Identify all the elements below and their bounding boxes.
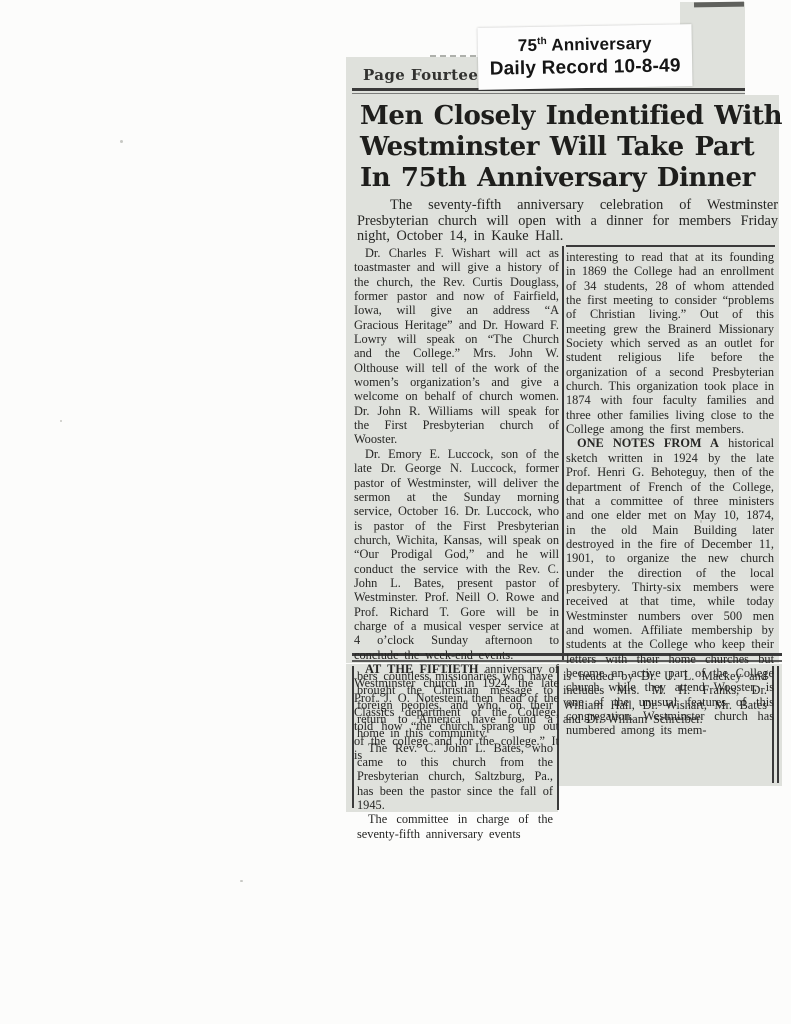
right-column-paragraph: interesting to read that at its founding… <box>566 250 774 436</box>
left-column-paragraph: Dr. Emory E. Luccock, son of the late Dr… <box>354 447 559 662</box>
paragraph-text: interesting to read that at its founding… <box>566 250 774 436</box>
paragraph-text: Dr. Emory E. Luccock, son of the late Dr… <box>354 447 559 662</box>
archive-label-sticker: 75th Anniversary Daily Record 10-8-49 <box>477 24 692 90</box>
scan-speck <box>240 880 243 882</box>
paragraph-text: bers countless missionaries who have bro… <box>357 669 553 740</box>
paragraph-lead: ONE NOTES FROM A <box>577 436 719 450</box>
sticker-anniversary-line: 75th Anniversary <box>484 33 686 57</box>
bottom-right-edge-rule-inner <box>777 666 779 783</box>
sticker-anniversary-rest: Anniversary <box>547 34 652 55</box>
paragraph-text: Dr. Charles F. Wishart will act as toast… <box>354 246 559 446</box>
sticker-anniversary-number: 75 <box>518 36 538 55</box>
scanned-newspaper-page: 75th Anniversary Daily Record 10-8-49 Pa… <box>0 0 791 1024</box>
article-right-column: interesting to read that at its founding… <box>566 250 774 738</box>
bottom-left-paragraph: bers countless missionaries who have bro… <box>357 669 553 741</box>
page-number-label: Page Fourteen <box>363 66 490 84</box>
bottom-left-paragraph: The Rev. C. John L. Bates, who came to t… <box>357 741 553 813</box>
right-column-top-rule <box>566 245 775 247</box>
masthead-rule-echo <box>352 93 745 94</box>
paragraph-text: The Rev. C. John L. Bates, who came to t… <box>357 741 553 812</box>
article-headline: Men Closely Indentified With Westminster… <box>360 101 784 194</box>
headline-line-3: In 75th Anniversary Dinner <box>360 163 784 194</box>
scan-speck <box>120 140 123 143</box>
bottom-left-column: bers countless missionaries who have bro… <box>357 669 553 841</box>
scan-speck <box>60 420 62 422</box>
left-column-paragraph: Dr. Charles F. Wishart will act as toast… <box>354 246 559 447</box>
sticker-anniversary-ordinal: th <box>537 36 547 47</box>
headline-line-1: Men Closely Indentified With <box>360 101 784 132</box>
bottom-left-paragraph: The committee in charge of the seventy-f… <box>357 812 553 841</box>
column-divider-rule <box>562 246 564 660</box>
paragraph-text: The committee in charge of the seventy-f… <box>357 812 553 840</box>
sticker-source-line: Daily Record 10-8-49 <box>484 55 686 81</box>
bottom-right-column: is headed by Dr. U. L. Mackey and includ… <box>563 669 767 726</box>
headline-line-2: Westminster Will Take Part <box>360 132 784 163</box>
article-intro-paragraph: The seventy-fifth anniversary celebratio… <box>357 198 778 245</box>
scan-streak-mark <box>694 2 744 8</box>
paragraph-text: is headed by Dr. U. L. Mackey and includ… <box>563 669 767 726</box>
bottom-right-paragraph: is headed by Dr. U. L. Mackey and includ… <box>563 669 767 726</box>
